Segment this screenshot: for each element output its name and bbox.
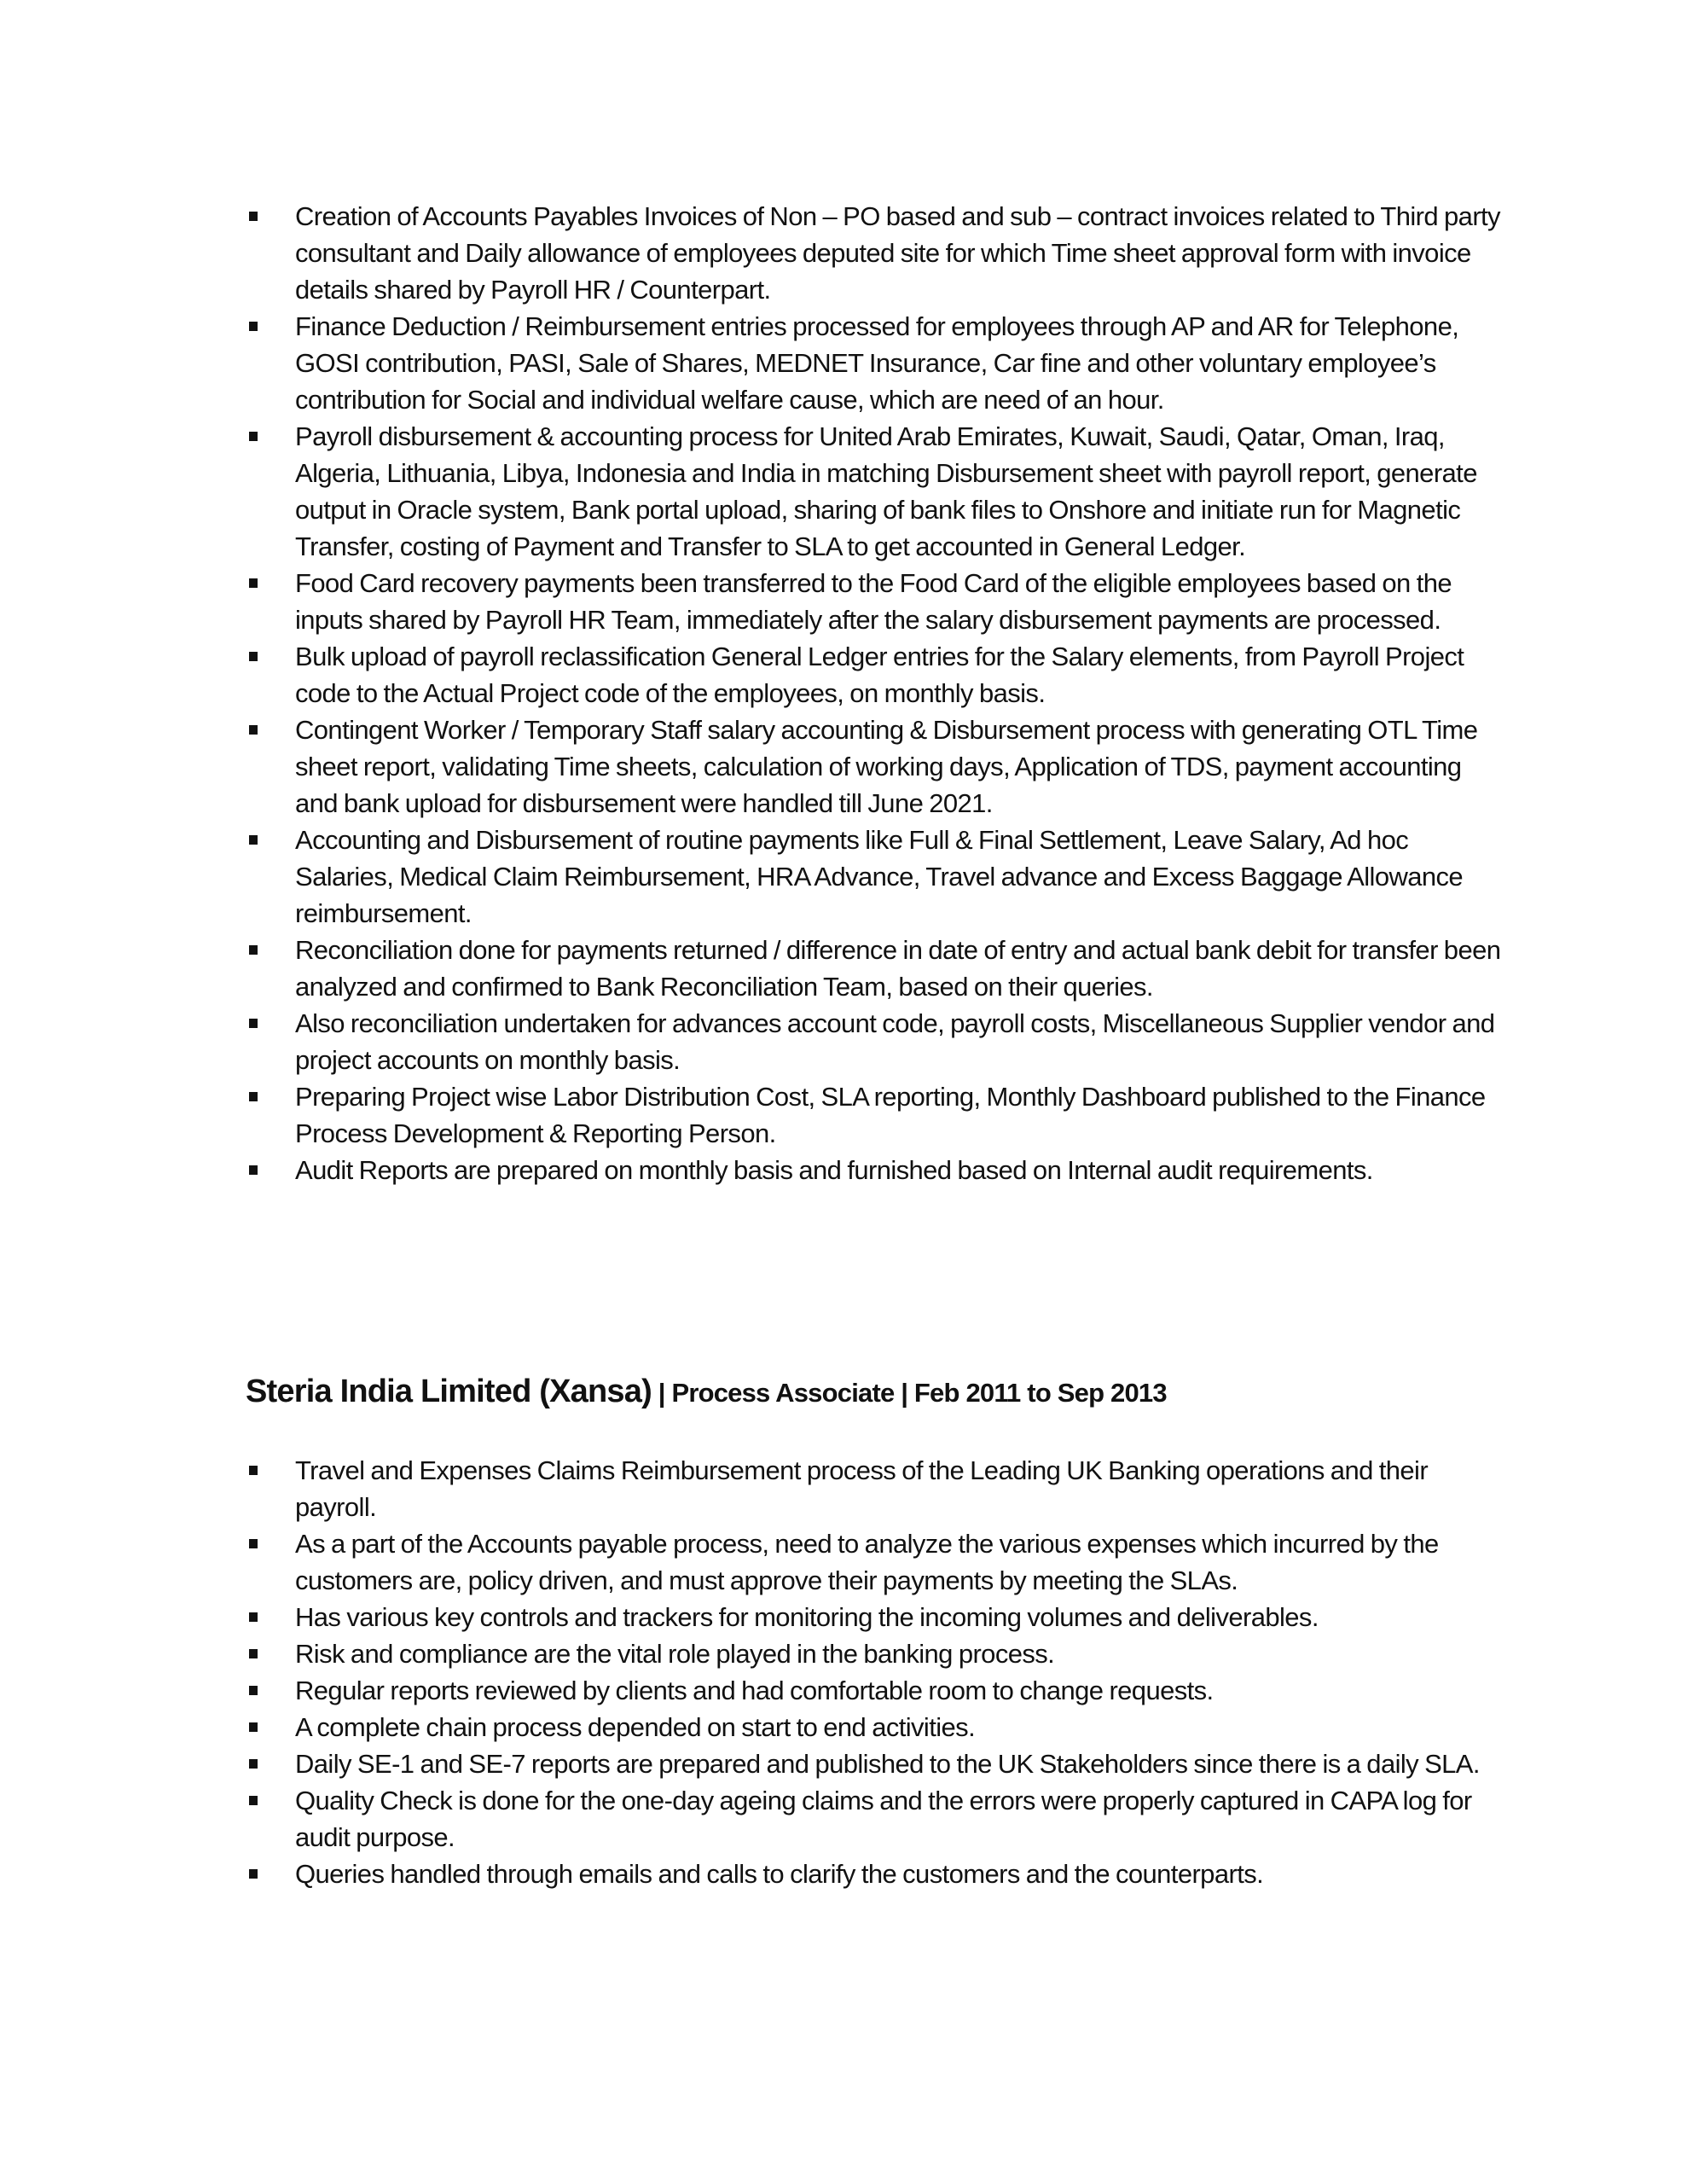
square-bullet-icon: [249, 322, 258, 331]
list-item: A complete chain process depended on sta…: [246, 1709, 1508, 1745]
square-bullet-icon: [249, 1612, 258, 1622]
square-bullet-icon: [249, 725, 258, 735]
resume-page: Creation of Accounts Payables Invoices o…: [0, 0, 1687, 2184]
square-bullet-icon: [249, 1019, 258, 1028]
square-bullet-icon: [249, 212, 258, 221]
job-heading: Steria India Limited (Xansa) | Process A…: [246, 1374, 1167, 1410]
list-item: Also reconciliation undertaken for advan…: [246, 1005, 1508, 1078]
square-bullet-icon: [249, 1649, 258, 1658]
square-bullet-icon: [249, 432, 258, 441]
square-bullet-icon: [249, 1539, 258, 1548]
square-bullet-icon: [249, 1759, 258, 1769]
square-bullet-icon: [249, 1165, 258, 1175]
list-item: Quality Check is done for the one-day ag…: [246, 1782, 1508, 1856]
list-item: Risk and compliance are the vital role p…: [246, 1635, 1508, 1672]
list-item: Daily SE-1 and SE-7 reports are prepared…: [246, 1745, 1508, 1782]
list-item: Has various key controls and trackers fo…: [246, 1599, 1508, 1635]
square-bullet-icon: [249, 652, 258, 661]
square-bullet-icon: [249, 835, 258, 845]
list-item: Audit Reports are prepared on monthly ba…: [246, 1152, 1508, 1188]
list-item: Regular reports reviewed by clients and …: [246, 1672, 1508, 1709]
list-item: Accounting and Disbursement of routine p…: [246, 822, 1508, 932]
list-item: Food Card recovery payments been transfe…: [246, 565, 1508, 638]
square-bullet-icon: [249, 1796, 258, 1805]
list-item: Contingent Worker / Temporary Staff sala…: [246, 712, 1508, 822]
square-bullet-icon: [249, 1722, 258, 1732]
list-item: Creation of Accounts Payables Invoices o…: [246, 198, 1508, 308]
square-bullet-icon: [249, 1092, 258, 1101]
company-name: Steria India Limited (Xansa): [246, 1374, 652, 1409]
list-item: Preparing Project wise Labor Distributio…: [246, 1078, 1508, 1152]
role-and-dates: | Process Associate | Feb 2011 to Sep 20…: [652, 1378, 1167, 1408]
square-bullet-icon: [249, 1686, 258, 1695]
list-item: As a part of the Accounts payable proces…: [246, 1525, 1508, 1599]
responsibilities-list-2: Travel and Expenses Claims Reimbursement…: [246, 1452, 1508, 1892]
list-item: Payroll disbursement & accounting proces…: [246, 418, 1508, 565]
square-bullet-icon: [249, 1466, 258, 1475]
list-item: Bulk upload of payroll reclassification …: [246, 638, 1508, 712]
square-bullet-icon: [249, 1869, 258, 1879]
square-bullet-icon: [249, 578, 258, 588]
responsibilities-list-1: Creation of Accounts Payables Invoices o…: [246, 198, 1508, 1188]
list-item: Reconciliation done for payments returne…: [246, 932, 1508, 1005]
square-bullet-icon: [249, 945, 258, 955]
list-item: Travel and Expenses Claims Reimbursement…: [246, 1452, 1508, 1525]
list-item: Queries handled through emails and calls…: [246, 1856, 1508, 1892]
list-item: Finance Deduction / Reimbursement entrie…: [246, 308, 1508, 418]
